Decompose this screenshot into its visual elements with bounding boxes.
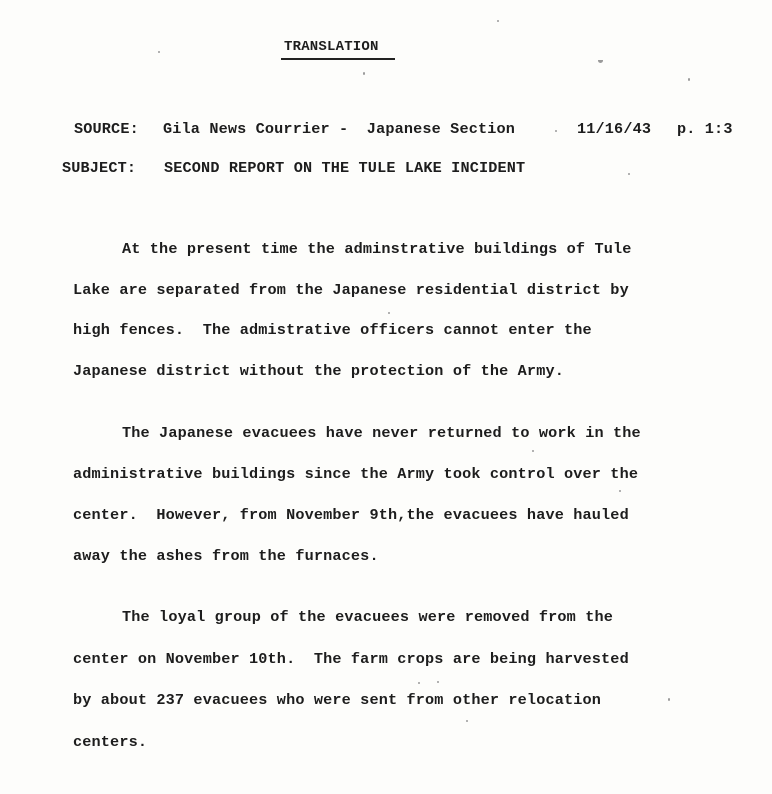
document-page: TRANSLATION SOURCE: Gila News Courrier -… — [0, 0, 772, 794]
paragraph-1-line-4: Japanese district without the protection… — [73, 362, 564, 380]
paragraph-3-line-1: The loyal group of the evacuees were rem… — [122, 608, 613, 626]
scan-speck — [437, 681, 439, 683]
scan-speck — [598, 60, 603, 63]
scan-speck — [497, 20, 499, 22]
paragraph-2-line-4: away the ashes from the furnaces. — [73, 547, 379, 565]
paragraph-1-line-3: high fences. The admistrative officers c… — [73, 321, 592, 339]
paragraph-1-line-2: Lake are separated from the Japanese res… — [73, 281, 629, 299]
document-title: TRANSLATION — [284, 38, 379, 56]
paragraph-2-line-3: center. However, from November 9th,the e… — [73, 506, 629, 524]
scan-speck — [158, 51, 160, 53]
paragraph-2-line-2: administrative buildings since the Army … — [73, 465, 638, 483]
scan-speck — [532, 450, 534, 452]
paragraph-1-line-1: At the present time the adminstrative bu… — [122, 240, 632, 258]
scan-speck — [628, 173, 630, 175]
scan-speck — [418, 682, 420, 684]
paragraph-3-line-4: centers. — [73, 733, 147, 751]
scan-speck — [466, 720, 468, 722]
paragraph-2-line-1: The Japanese evacuees have never returne… — [122, 424, 641, 442]
paragraph-3-line-3: by about 237 evacuees who were sent from… — [73, 691, 601, 709]
source-page: p. 1:3 — [677, 120, 733, 138]
paragraph-3-line-2: center on November 10th. The farm crops … — [73, 650, 629, 668]
source-value: Gila News Courrier - Japanese Section — [163, 120, 515, 138]
source-label: SOURCE: — [74, 120, 139, 138]
scan-speck — [688, 78, 690, 81]
scan-speck — [555, 130, 557, 132]
subject-label: SUBJECT: — [62, 159, 136, 177]
scan-speck — [388, 312, 390, 314]
scan-speck — [619, 490, 621, 492]
scan-speck — [668, 698, 670, 701]
subject-value: SECOND REPORT ON THE TULE LAKE INCIDENT — [164, 159, 525, 177]
title-underline — [281, 58, 395, 60]
source-date: 11/16/43 — [577, 120, 651, 138]
scan-speck — [363, 72, 365, 75]
